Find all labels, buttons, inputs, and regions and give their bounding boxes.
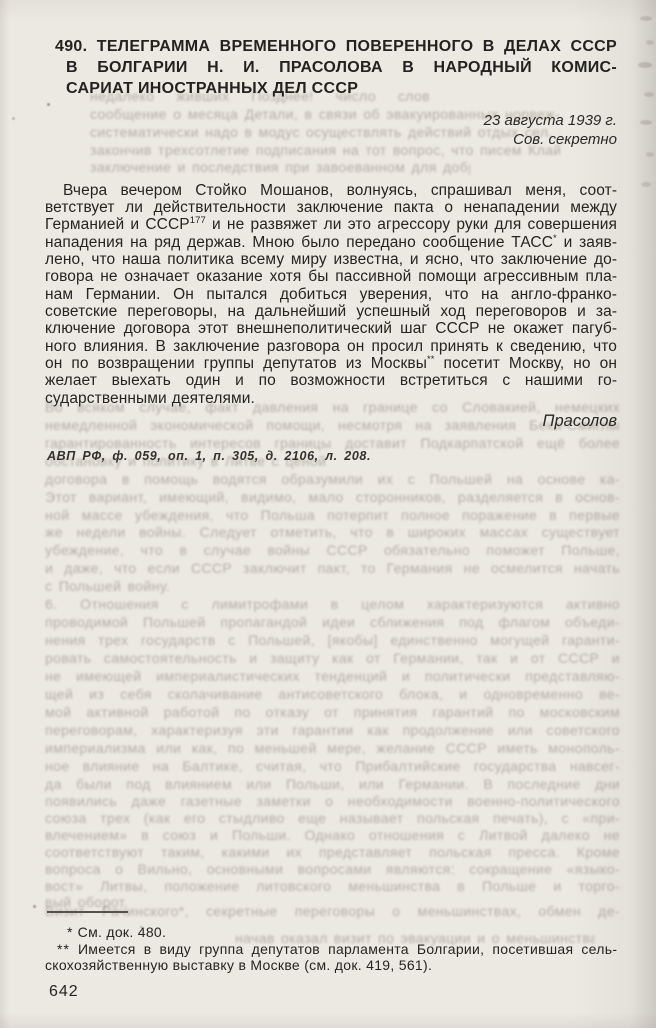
footnote-1-marker: * — [67, 924, 73, 940]
heading-line-2: В БОЛГАРИИ Н. И. ПРАСОЛОВА В НАРОДНЫЙ КО… — [55, 57, 617, 78]
classification-label: Сов. секретно — [484, 130, 617, 149]
heading-line-1: 490. ТЕЛЕГРАММА ВРЕМЕННОГО ПОВЕРЕННОГО В… — [55, 36, 617, 57]
reference-mark: * — [553, 232, 557, 243]
heading-title-part-1: ТЕЛЕГРАММА ВРЕМЕННОГО ПОВЕРЕННОГО В ДЕЛА… — [97, 38, 617, 55]
signature: Прасолов — [543, 412, 617, 431]
date-block: 23 августа 1939 г. Сов. секретно — [484, 111, 617, 149]
footnote-separator — [47, 911, 128, 913]
page-number: 642 — [49, 983, 79, 1001]
footnote-2-marker: ** — [57, 941, 70, 957]
archive-reference: АВП РФ, ф. 059, оп. 1, п. 305, д. 2106, … — [47, 449, 371, 463]
reference-mark: ** — [427, 354, 435, 365]
footnote-1: * См. док. 480. — [45, 924, 617, 941]
body-paragraph: Вчера вечером Стойко Мошанов, волнуясь, … — [45, 182, 617, 407]
document-heading: 490. ТЕЛЕГРАММА ВРЕМЕННОГО ПОВЕРЕННОГО В… — [55, 36, 617, 99]
footnote-2-text: Имеется в виду группа депутатов парламен… — [45, 941, 617, 974]
scanned-document-page: недалеко живших Позднее! число словсообщ… — [0, 0, 656, 1028]
reference-mark: 177 — [190, 215, 206, 226]
footnote-2: ** Имеется в виду группа депутатов парла… — [45, 941, 617, 974]
footnotes: * См. док. 480. ** Имеется в виду группа… — [45, 924, 617, 974]
footnote-1-text: См. док. 480. — [78, 924, 167, 940]
document-date: 23 августа 1939 г. — [484, 111, 617, 130]
heading-line-3: САРИАТ ИНОСТРАННЫХ ДЕЛ СССР — [55, 78, 617, 99]
document-number: 490. — [55, 38, 87, 55]
page-content: 490. ТЕЛЕГРАММА ВРЕМЕННОГО ПОВЕРЕННОГО В… — [0, 0, 656, 1028]
